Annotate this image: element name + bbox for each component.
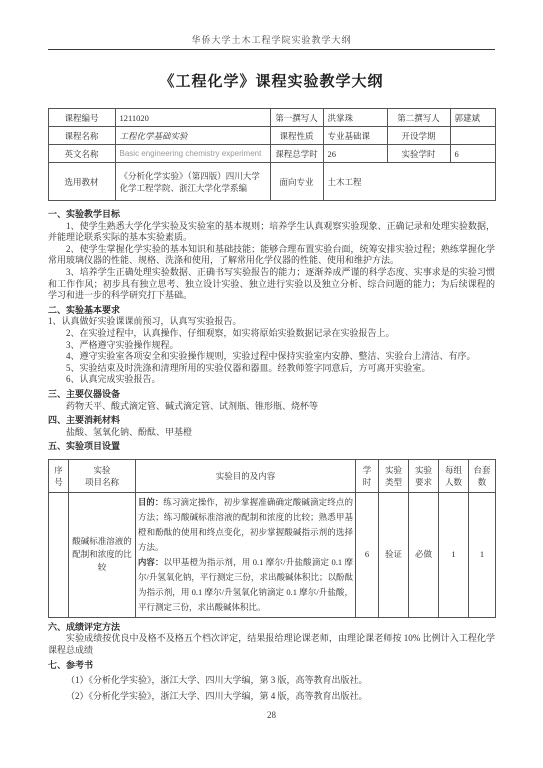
col-header-hours: 学 时	[356, 459, 379, 492]
col-header-requirement: 实验 要求	[409, 459, 439, 492]
document-body: 一、实验教学目标 1、使学生熟悉大学化学实验及实验室的基本规则；培养学生认真观察…	[48, 209, 495, 702]
cell-seq	[49, 492, 69, 617]
section-7-heading: 七、参考书	[48, 660, 495, 672]
purpose-paragraph: 目的：练习滴定操作，初步掌握准确确定酸碱滴定终点的方法；练习酸碱标准溶液的配制和…	[138, 495, 353, 555]
section-1-heading: 一、实验教学目标	[48, 209, 495, 221]
value-second-author: 郭建斌	[450, 109, 495, 127]
course-row-3: 英文名称 Basic engineering chemistry experim…	[48, 145, 495, 163]
value-lab-hours: 6	[450, 145, 495, 163]
value-textbook: 《分析化学实验》（第四版）四川大学化学工程学院、浙江大学化学系编	[115, 163, 270, 201]
label-course-number: 课程编号	[48, 109, 115, 127]
document-page: 华侨大学土木工程学院实验教学大纲 《工程化学》课程实验教学大纲 课程编号 121…	[0, 0, 543, 768]
label-course-nature: 课程性质	[270, 127, 323, 145]
label-course-name: 课程名称	[48, 127, 115, 145]
value-total-hours: 26	[323, 145, 387, 163]
experiment-table-data-row: 酸碱标准溶液的配制和浓度的比较 目的：练习滴定操作，初步掌握准确确定酸碱滴定终点…	[49, 492, 496, 617]
course-row-1: 课程编号 1211020 第一撰写人 洪掌珠 第二撰写人 郭建斌	[48, 109, 495, 127]
content-label: 内容：	[138, 557, 164, 567]
value-first-author: 洪掌珠	[323, 109, 387, 127]
section-1-paragraph: 1、使学生熟悉大学化学实验及实验室的基本规则；培养学生认真观察实验现象、正确记录…	[48, 221, 495, 244]
col-header-purpose-content: 实验目的及内容	[136, 459, 356, 492]
page-number: 28	[0, 710, 543, 720]
section-4-heading: 四、主要消耗材料	[48, 415, 495, 427]
cell-hours: 6	[356, 492, 379, 617]
cell-requirement: 必做	[409, 492, 439, 617]
section-2-item: 3、严格遵守实验操作规程。	[48, 340, 495, 352]
section-2-item: 5、实验结束及时洗涤和清理所用的实验仪器和器皿。经教师签字同意后，方可离开实验室…	[48, 363, 495, 375]
cell-project-name: 酸碱标准溶液的配制和浓度的比较	[69, 492, 136, 617]
label-first-author: 第一撰写人	[270, 109, 323, 127]
value-semester	[450, 127, 495, 145]
experiment-project-table: 序 号 实验 项目名称 实验目的及内容 学 时 实验 类型	[48, 459, 496, 618]
cell-set-count: 1	[469, 492, 496, 617]
experiment-table-header-row: 序 号 实验 项目名称 实验目的及内容 学 时 实验 类型	[49, 459, 496, 492]
section-1-paragraph: 3、培养学生正确处理实验数据、正确书写实验报告的能力；逐渐养成严谨的科学态度、实…	[48, 267, 495, 302]
cell-type: 验证	[379, 492, 409, 617]
header-rule	[48, 49, 495, 50]
col-header-set-count: 台套 数	[469, 459, 496, 492]
document-header: 华侨大学土木工程学院实验教学大纲	[0, 0, 543, 50]
purpose-label: 目的：	[138, 497, 163, 507]
label-english-name: 英文名称	[48, 145, 115, 163]
section-4-body: 盐酸、氢氧化钠、酚酞、甲基橙	[48, 427, 495, 439]
section-2-item: 6、认真完成实验报告。	[48, 374, 495, 386]
reference-item: （1）《分析化学实验》，浙江大学、四川大学编，第 3 版，高等教育出版社。	[48, 675, 495, 687]
col-header-group-size: 每组 人数	[439, 459, 469, 492]
content-text: 以甲基橙为指示剂，用 0.1 摩尔/升盐酸滴定 0.1 摩尔/升氢氧化钠，平行测…	[138, 557, 353, 612]
section-6-body: 实验成绩按优良中及格不及格五个档次评定，结果报给理论课老师，由理论课老师按 10…	[48, 633, 495, 656]
cell-purpose-content: 目的：练习滴定操作，初步掌握准确确定酸碱滴定终点的方法；练习酸碱标准溶液的配制和…	[136, 492, 356, 617]
section-5-heading: 五、实验项目设置	[48, 441, 495, 453]
section-2-heading: 二、实验基本要求	[48, 305, 495, 317]
header-text: 华侨大学土木工程学院实验教学大纲	[0, 33, 543, 46]
content-paragraph: 内容：以甲基橙为指示剂，用 0.1 摩尔/升盐酸滴定 0.1 摩尔/升氢氧化钠，…	[138, 555, 353, 615]
label-total-hours: 课程总学时	[270, 145, 323, 163]
label-second-author: 第二撰写人	[387, 109, 450, 127]
course-info-table: 课程编号 1211020 第一撰写人 洪掌珠 第二撰写人 郭建斌 课程名称 工程…	[48, 108, 496, 201]
value-target-major: 土木工程	[323, 163, 495, 201]
section-1-paragraph: 2、使学生掌握化学实验的基本知识和基础技能；能够合理布置实验台面，统筹安排实验过…	[48, 244, 495, 267]
course-row-2: 课程名称 工程化学基础实验 课程性质 专业基础课 开设学期	[48, 127, 495, 145]
col-header-project-name: 实验 项目名称	[69, 459, 136, 492]
section-2-item: 2、在实验过程中，认真操作、仔细观察，如实将原始实验数据记录在实验报告上。	[48, 328, 495, 340]
value-course-nature: 专业基础课	[323, 127, 387, 145]
col-header-seq: 序 号	[49, 459, 69, 492]
course-row-4: 选用教材 《分析化学实验》（第四版）四川大学化学工程学院、浙江大学化学系编 面向…	[48, 163, 495, 201]
value-course-number: 1211020	[115, 109, 270, 127]
section-6-heading: 六、成绩评定方法	[48, 622, 495, 634]
reference-item: （2）《分析化学实验》，浙江大学、四川大学编，第 4 版，高等教育出版社。	[48, 691, 495, 703]
value-course-name: 工程化学基础实验	[115, 127, 270, 145]
label-lab-hours: 实验学时	[387, 145, 450, 163]
purpose-text: 练习滴定操作，初步掌握准确确定酸碱滴定终点的方法；练习酸碱标准溶液的配制和浓度的…	[138, 497, 353, 552]
section-3-body: 药物天平、酸式滴定管、碱式滴定管、试剂瓶、锥形瓶、烧杯等	[48, 401, 495, 413]
label-textbook: 选用教材	[48, 163, 115, 201]
page-title: 《工程化学》课程实验教学大纲	[0, 70, 543, 91]
section-2-item: 1、认真做好实验课课前预习，认真写实验报告。	[48, 316, 495, 328]
label-target-major: 面向专业	[270, 163, 323, 201]
value-english-name: Basic engineering chemistry experiment	[115, 145, 270, 163]
cell-group-size: 1	[439, 492, 469, 617]
section-3-heading: 三、主要仪器设备	[48, 389, 495, 401]
label-semester: 开设学期	[387, 127, 450, 145]
section-2-item: 4、遵守实验室各项安全和实验操作规则，实验过程中保持实验室内安静、整洁、实验台上…	[48, 351, 495, 363]
col-header-type: 实验 类型	[379, 459, 409, 492]
